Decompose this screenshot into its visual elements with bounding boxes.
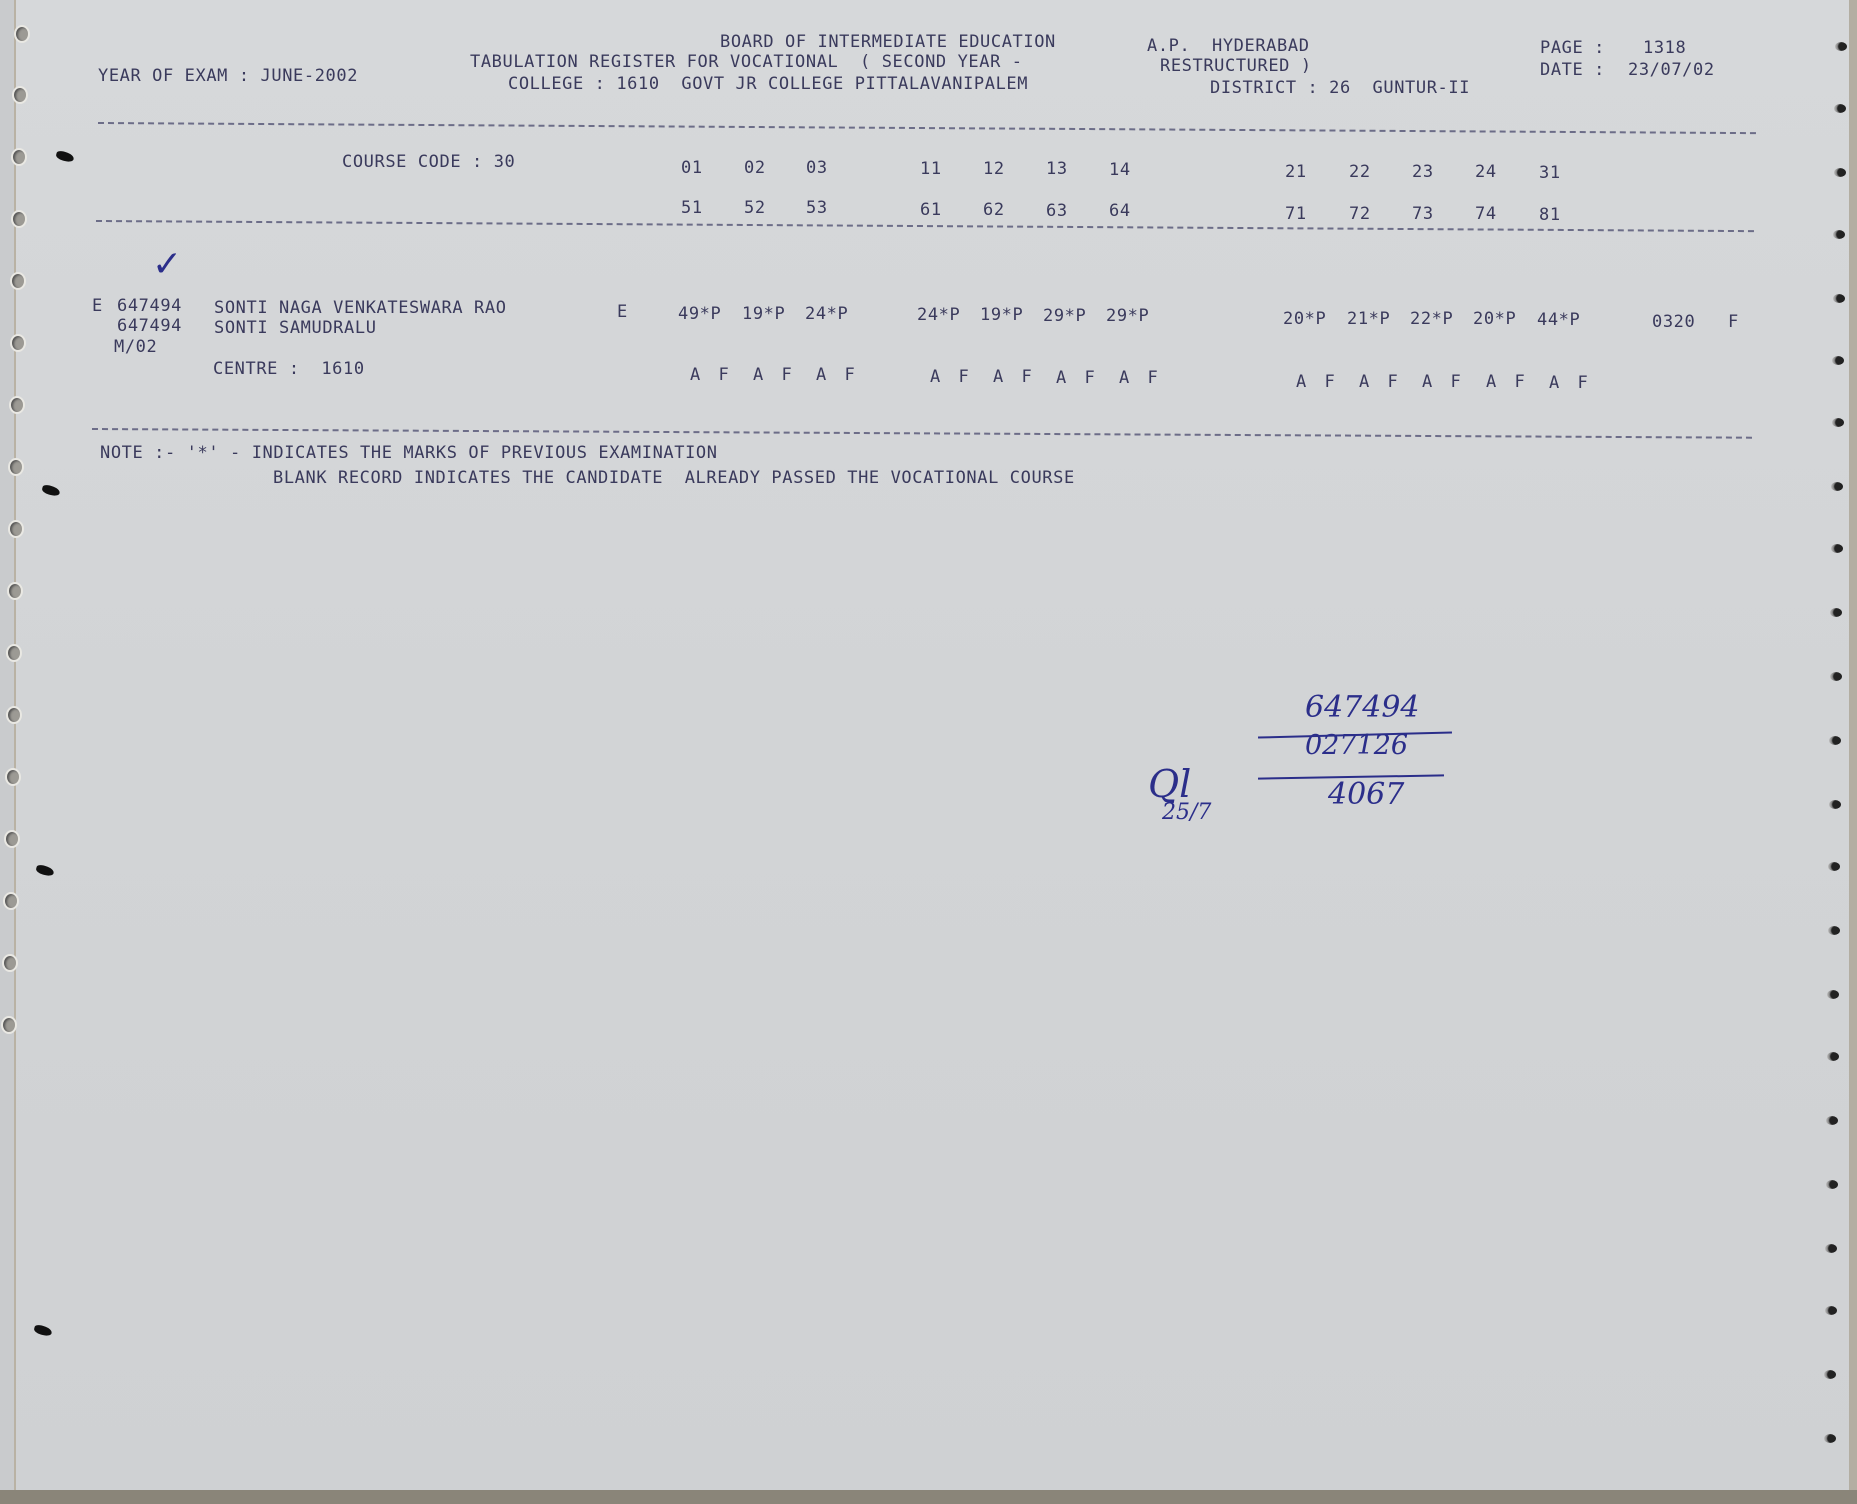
subject-code: 53: [806, 198, 828, 218]
binding-hole-icon: [10, 272, 26, 290]
register-title: TABULATION REGISTER FOR VOCATIONAL ( SEC…: [470, 52, 1023, 72]
board-title: BOARD OF INTERMEDIATE EDUCATION: [720, 32, 1056, 52]
subject-mark: 24*P: [805, 304, 848, 324]
binding-hole-icon: [8, 458, 24, 476]
handwritten-number: 647494: [1305, 690, 1420, 725]
subject-code: 11: [920, 159, 942, 179]
subject-result: A F: [1549, 373, 1592, 393]
feed-hole-icon: [1833, 230, 1845, 239]
binding-hole-icon: [9, 396, 25, 414]
subject-result: A F: [993, 367, 1036, 387]
feed-hole-icon: [1826, 1116, 1838, 1125]
sheet-right-edge: [1849, 0, 1857, 1504]
feed-hole-icon: [1825, 1244, 1837, 1253]
feed-hole-icon: [1828, 926, 1840, 935]
feed-hole-icon: [1832, 356, 1844, 365]
feed-hole-icon: [1829, 800, 1841, 809]
subject-code: 64: [1109, 201, 1131, 221]
subject-code: 03: [806, 158, 828, 178]
feed-hole-icon: [1833, 294, 1845, 303]
feed-hole-icon: [1826, 1180, 1838, 1189]
sheet-bottom-edge: [0, 1490, 1857, 1504]
subject-code: 14: [1109, 160, 1131, 180]
binding-hole-icon: [3, 892, 19, 910]
subject-code: 24: [1475, 162, 1497, 182]
subject-code: 21: [1285, 162, 1307, 182]
check-mark-icon: ✓: [152, 244, 182, 285]
feed-hole-icon: [1832, 418, 1844, 427]
print-date: 23/07/02: [1628, 60, 1715, 80]
subject-code: 71: [1285, 204, 1307, 224]
subject-mark: 29*P: [1043, 306, 1086, 326]
subject-result: A F: [1359, 372, 1402, 392]
exam-session: M/02: [114, 337, 157, 357]
page-number: 1318: [1643, 38, 1686, 58]
subject-code: 81: [1539, 205, 1561, 225]
binding-hole-icon: [4, 830, 20, 848]
restructured-label: RESTRUCTURED ): [1160, 56, 1312, 76]
feed-hole-icon: [1831, 544, 1843, 553]
year-of-exam: YEAR OF EXAM : JUNE-2002: [98, 66, 358, 86]
printed-sheet: [14, 0, 1851, 1490]
binding-hole-icon: [6, 706, 22, 724]
subject-code: 72: [1349, 204, 1371, 224]
father-name: SONTI SAMUDRALU: [214, 318, 377, 338]
subject-code: 73: [1412, 204, 1434, 224]
subject-result: A F: [1422, 372, 1465, 392]
subject-mark: 29*P: [1106, 306, 1149, 326]
feed-hole-icon: [1825, 1306, 1837, 1315]
note-line-2: BLANK RECORD INDICATES THE CANDIDATE ALR…: [273, 468, 1075, 488]
subject-mark: 44*P: [1537, 310, 1580, 330]
subject-code: 23: [1412, 162, 1434, 182]
candidate-name: SONTI NAGA VENKATESWARA RAO: [214, 298, 507, 318]
subject-code: 31: [1539, 163, 1561, 183]
binding-hole-icon: [2, 954, 18, 972]
subject-code: 01: [681, 158, 703, 178]
feed-hole-icon: [1830, 672, 1842, 681]
subject-code: 02: [744, 158, 766, 178]
feed-hole-icon: [1827, 990, 1839, 999]
language-code: E: [617, 302, 628, 322]
subject-result: A F: [690, 365, 733, 385]
subject-result: A F: [930, 367, 973, 387]
subject-code: 61: [920, 200, 942, 220]
district-info: DISTRICT : 26 GUNTUR-II: [1210, 78, 1470, 98]
handwritten-number: 027126: [1305, 730, 1408, 761]
feed-hole-icon: [1834, 168, 1846, 177]
feed-hole-icon: [1827, 1052, 1839, 1061]
subject-result: A F: [1296, 372, 1339, 392]
note-line-1: NOTE :- '*' - INDICATES THE MARKS OF PRE…: [100, 443, 718, 463]
subject-code: 63: [1046, 201, 1068, 221]
subject-mark: 21*P: [1347, 309, 1390, 329]
handwritten-number: 4067: [1328, 777, 1404, 812]
feed-hole-icon: [1830, 608, 1842, 617]
binding-hole-icon: [10, 334, 26, 352]
subject-mark: 20*P: [1283, 309, 1326, 329]
feed-hole-icon: [1824, 1370, 1836, 1379]
subject-code: 62: [983, 200, 1005, 220]
subject-result: A F: [816, 365, 859, 385]
subject-result: A F: [1056, 368, 1099, 388]
feed-hole-icon: [1828, 862, 1840, 871]
subject-result: A F: [1119, 368, 1162, 388]
page-label: PAGE :: [1540, 38, 1605, 58]
binding-hole-icon: [11, 210, 27, 228]
subject-mark: 20*P: [1473, 309, 1516, 329]
college-info: COLLEGE : 1610 GOVT JR COLLEGE PITTALAVA…: [508, 74, 1028, 94]
subject-mark: 49*P: [678, 304, 721, 324]
total-marks: 0320: [1652, 312, 1695, 332]
subject-mark: 19*P: [980, 305, 1023, 325]
binding-hole-icon: [8, 520, 24, 538]
date-label: DATE :: [1540, 60, 1605, 80]
binding-hole-icon: [12, 86, 28, 104]
board-location: A.P. HYDERABAD: [1147, 36, 1310, 56]
medium-code: E: [92, 296, 103, 316]
subject-code: 52: [744, 198, 766, 218]
subject-code: 13: [1046, 159, 1068, 179]
subject-result: A F: [1486, 372, 1529, 392]
subject-mark: 19*P: [742, 304, 785, 324]
subject-code: 22: [1349, 162, 1371, 182]
binding-hole-icon: [6, 644, 22, 662]
previous-hall-ticket: 647494: [117, 316, 182, 336]
subject-mark: 22*P: [1410, 309, 1453, 329]
subject-mark: 24*P: [917, 305, 960, 325]
handwritten-date: 25/7: [1162, 800, 1211, 825]
binding-hole-icon: [5, 768, 21, 786]
final-result: F: [1728, 312, 1739, 332]
subject-code: 51: [681, 198, 703, 218]
binding-hole-icon: [7, 582, 23, 600]
binding-hole-icon: [14, 25, 30, 43]
binding-hole-icon: [11, 148, 27, 166]
feed-hole-icon: [1829, 736, 1841, 745]
subject-code: 12: [983, 159, 1005, 179]
subject-result: A F: [753, 365, 796, 385]
subject-code: 74: [1475, 204, 1497, 224]
feed-hole-icon: [1835, 42, 1847, 51]
hall-ticket-number: 647494: [117, 296, 182, 316]
feed-hole-icon: [1824, 1434, 1836, 1443]
centre-code: CENTRE : 1610: [213, 359, 365, 379]
feed-hole-icon: [1831, 482, 1843, 491]
binding-hole-icon: [1, 1016, 17, 1034]
course-code-label: COURSE CODE : 30: [342, 152, 515, 172]
feed-hole-icon: [1834, 104, 1846, 113]
